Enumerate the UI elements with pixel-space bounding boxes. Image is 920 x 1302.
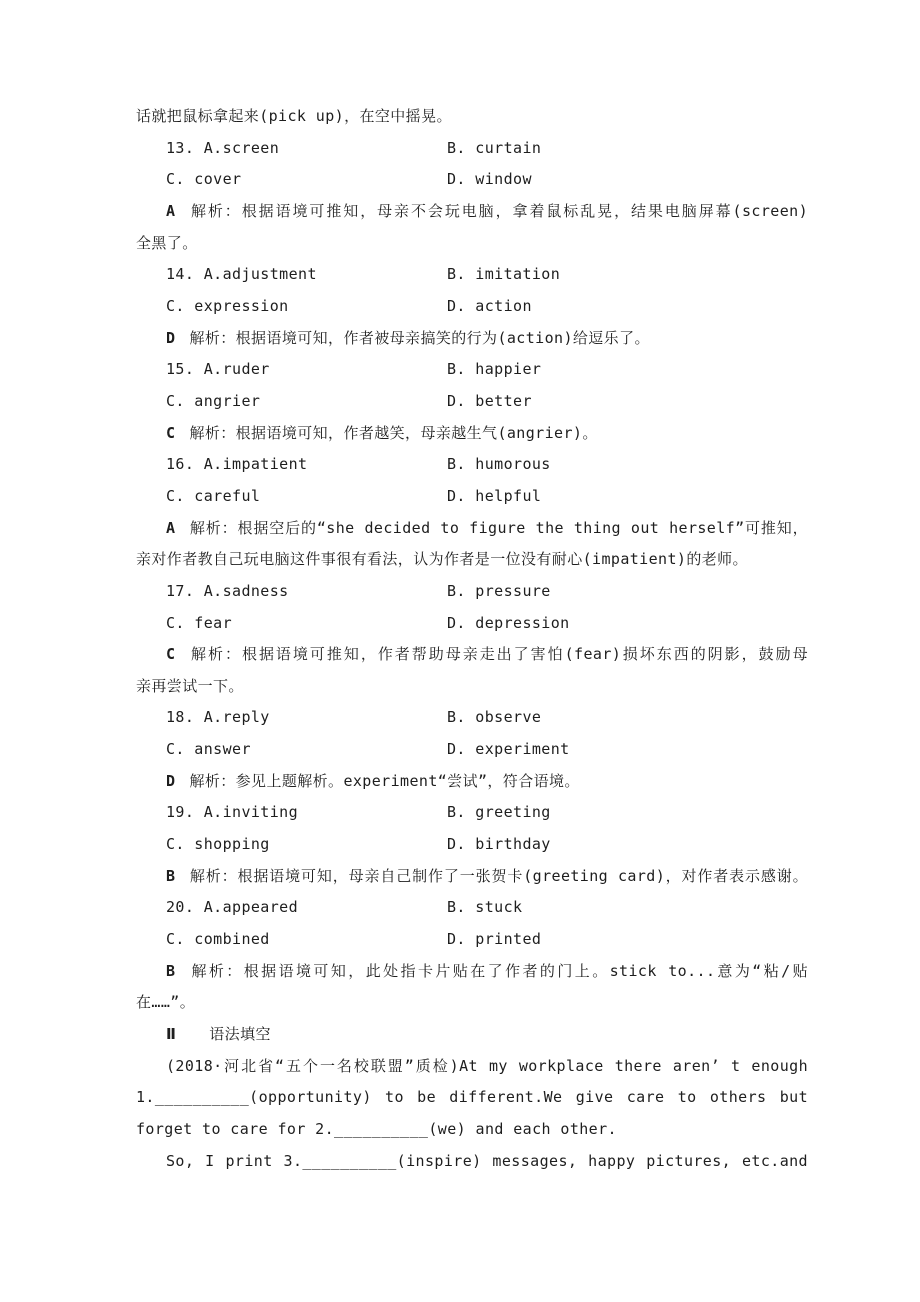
options-row: C. angrier D. better (136, 386, 808, 418)
options-row: C. expression D. action (136, 291, 808, 323)
analysis-text: 解析：根据语境可知，母亲自己制作了一张贺卡(greeting card)，对作者… (189, 867, 808, 885)
options-row: 17. A.sadness B. pressure (136, 576, 808, 608)
answer-letter: B (166, 867, 189, 885)
analysis-line: B解析：根据语境可知，此处指卡片贴在了作者的门上。stick to...意为“粘… (136, 956, 808, 988)
option-d: D. birthday (447, 829, 551, 861)
options-row: C. shopping D. birthday (136, 829, 808, 861)
option-b: B. observe (447, 702, 541, 734)
fill-blank-line: So, I print 3.__________(inspire) messag… (136, 1146, 808, 1178)
options-row: C. careful D. helpful (136, 481, 808, 513)
option-b: B. curtain (447, 133, 541, 165)
answer-letter: B (166, 962, 189, 980)
option-a: 15. A.ruder (166, 360, 270, 378)
text-line: 话就把鼠标拿起来(pick up)，在空中摇晃。 (136, 101, 808, 133)
option-a: 16. A.impatient (166, 455, 307, 473)
option-d: D. experiment (447, 734, 570, 766)
section-number: Ⅱ (166, 1025, 209, 1043)
document-page: 话就把鼠标拿起来(pick up)，在空中摇晃。 13. A.screen B.… (0, 0, 920, 1302)
options-row: 13. A.screen B. curtain (136, 133, 808, 165)
passage-line: (2018·河北省“五个一名校联盟”质检)At my workplace the… (136, 1051, 808, 1083)
options-row: C. cover D. window (136, 164, 808, 196)
section-title: 语法填空 (209, 1025, 271, 1043)
option-d: D. window (447, 164, 532, 196)
options-row: 16. A.impatient B. humorous (136, 449, 808, 481)
option-b: B. imitation (447, 259, 560, 291)
option-a: 18. A.reply (166, 708, 270, 726)
option-a: 17. A.sadness (166, 582, 289, 600)
analysis-line: A解析：根据空后的“she decided to figure the thin… (136, 513, 808, 545)
option-d: D. helpful (447, 481, 541, 513)
option-b: B. greeting (447, 797, 551, 829)
options-row: 18. A.reply B. observe (136, 702, 808, 734)
option-a: 13. A.screen (166, 139, 279, 157)
options-row: 19. A.inviting B. greeting (136, 797, 808, 829)
page-content: 话就把鼠标拿起来(pick up)，在空中摇晃。 13. A.screen B.… (136, 101, 808, 1177)
option-c: C. shopping (166, 835, 270, 853)
analysis-text: 解析：根据语境可知，此处指卡片贴在了作者的门上。stick to...意为“粘/… (189, 962, 808, 980)
option-c: C. answer (166, 740, 251, 758)
option-c: C. combined (166, 930, 270, 948)
analysis-text: 解析：根据语境可知，作者被母亲搞笑的行为(action)给逗乐了。 (189, 329, 649, 347)
option-b: B. pressure (447, 576, 551, 608)
fill-blank-line: 1.__________(opportunity) to be differen… (136, 1082, 808, 1114)
analysis-text: 解析：根据空后的“she decided to figure the thing… (166, 519, 808, 545)
options-row: 14. A.adjustment B. imitation (136, 259, 808, 291)
text-line: 全黑了。 (136, 228, 808, 260)
answer-letter: C (166, 424, 189, 442)
options-row: C. answer D. experiment (136, 734, 808, 766)
answer-letter: A (166, 519, 189, 537)
analysis-text: 解析：根据语境可推知，母亲不会玩电脑，拿着鼠标乱晃，结果电脑屏幕(screen) (189, 202, 808, 220)
option-a: 19. A.inviting (166, 803, 298, 821)
analysis-text: 解析：参见上题解析。experiment“尝试”，符合语境。 (189, 772, 579, 790)
analysis-text: 解析：根据语境可知，作者越笑，母亲越生气(angrier)。 (189, 424, 597, 442)
answer-letter: C (166, 645, 189, 663)
analysis-line: D解析：参见上题解析。experiment“尝试”，符合语境。 (136, 766, 808, 798)
analysis-line: C解析：根据语境可推知，作者帮助母亲走出了害怕(fear)损坏东西的阴影，鼓励母 (136, 639, 808, 671)
text-line: 亲再尝试一下。 (136, 671, 808, 703)
answer-letter: D (166, 772, 189, 790)
option-c: C. fear (166, 614, 232, 632)
fill-blank-line: forget to care for 2.__________(we) and … (136, 1114, 808, 1146)
option-d: D. depression (447, 608, 570, 640)
option-b: B. humorous (447, 449, 551, 481)
analysis-line: D解析：根据语境可知，作者被母亲搞笑的行为(action)给逗乐了。 (136, 323, 808, 355)
options-row: C. fear D. depression (136, 608, 808, 640)
options-row: 20. A.appeared B. stuck (136, 892, 808, 924)
option-c: C. cover (166, 170, 241, 188)
answer-letter: A (166, 202, 189, 220)
option-c: C. angrier (166, 392, 260, 410)
analysis-line: C解析：根据语境可知，作者越笑，母亲越生气(angrier)。 (136, 418, 808, 450)
option-b: B. happier (447, 354, 541, 386)
text-line: 亲对作者教自己玩电脑这件事很有看法，认为作者是一位没有耐心(impatient)… (136, 544, 808, 576)
options-row: C. combined D. printed (136, 924, 808, 956)
option-a: 14. A.adjustment (166, 265, 317, 283)
option-c: C. expression (166, 297, 289, 315)
option-a: 20. A.appeared (166, 898, 298, 916)
answer-letter: D (166, 329, 189, 347)
option-b: B. stuck (447, 892, 522, 924)
analysis-line: B解析：根据语境可知，母亲自己制作了一张贺卡(greeting card)，对作… (136, 861, 808, 893)
analysis-line: A解析：根据语境可推知，母亲不会玩电脑，拿着鼠标乱晃，结果电脑屏幕(screen… (136, 196, 808, 228)
option-d: D. printed (447, 924, 541, 956)
option-c: C. careful (166, 487, 260, 505)
option-d: D. action (447, 291, 532, 323)
analysis-text: 解析：根据语境可推知，作者帮助母亲走出了害怕(fear)损坏东西的阴影，鼓励母 (189, 645, 808, 663)
section-heading: Ⅱ语法填空 (136, 1019, 808, 1051)
options-row: 15. A.ruder B. happier (136, 354, 808, 386)
text-line: 在……”。 (136, 987, 808, 1019)
option-d: D. better (447, 386, 532, 418)
